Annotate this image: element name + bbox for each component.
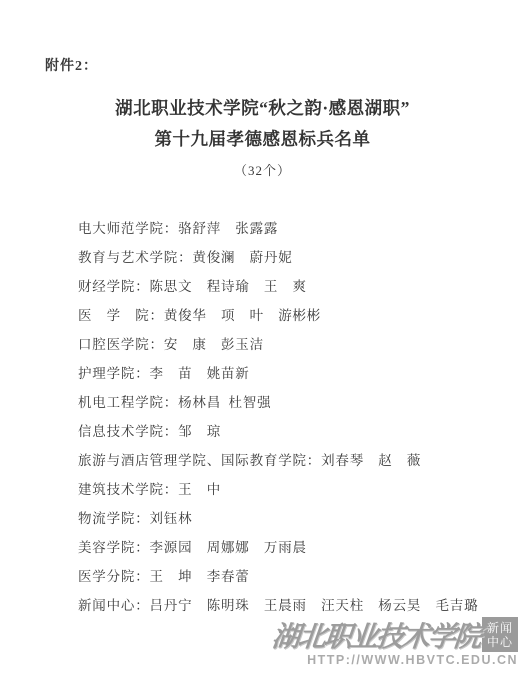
awardee-names: 李源园 周娜娜 万雨晨 — [150, 540, 307, 555]
list-item: 教育与艺术学院：黄俊澜 蔚丹妮 — [78, 243, 478, 272]
awardee-names: 邹 琼 — [178, 424, 221, 439]
badge-line2: 中心 — [482, 635, 518, 649]
document-title-line2: 第十九届孝德感恩标兵名单 — [0, 126, 525, 151]
awardee-names: 安 康 彭玉洁 — [164, 337, 264, 352]
list-item: 建筑技术学院：王 中 — [78, 475, 478, 504]
list-item: 机电工程学院：杨林昌 杜智强 — [78, 388, 478, 417]
department-label: 医 学 院： — [78, 308, 164, 323]
awardee-names: 杨林昌 杜智强 — [178, 395, 271, 410]
list-item: 旅游与酒店管理学院、国际教育学院：刘春琴 赵 薇 — [78, 446, 478, 475]
list-item: 新闻中心：吕丹宁 陈明珠 王晨雨 汪天柱 杨云昊 毛吉璐 — [78, 591, 478, 620]
department-label: 旅游与酒店管理学院、国际教育学院： — [78, 453, 321, 468]
list-item: 财经学院：陈思文 程诗瑜 王 爽 — [78, 272, 478, 301]
awardee-names: 黄俊华 项 叶 游彬彬 — [164, 308, 321, 323]
awardee-names: 陈思文 程诗瑜 王 爽 — [150, 279, 307, 294]
department-label: 医学分院： — [78, 569, 150, 584]
count-note: （32个） — [0, 160, 525, 179]
awardee-names: 刘春琴 赵 薇 — [321, 453, 421, 468]
awardee-names: 王 坤 李春蕾 — [150, 569, 250, 584]
department-label: 信息技术学院： — [78, 424, 178, 439]
list-item: 物流学院：刘钰林 — [78, 504, 478, 533]
award-list: 电大师范学院：骆舒萍 张露露 教育与艺术学院：黄俊澜 蔚丹妮 财经学院：陈思文 … — [78, 214, 478, 620]
awardee-names: 黄俊澜 蔚丹妮 — [192, 250, 292, 265]
department-label: 护理学院： — [78, 366, 150, 381]
badge-line1: 新闻 — [482, 621, 518, 635]
department-label: 新闻中心： — [78, 598, 150, 613]
watermark-top-row: 湖北职业技术学院 新闻 中心 — [272, 617, 518, 652]
department-label: 口腔医学院： — [78, 337, 164, 352]
watermark-calligraphy: 湖北职业技术学院 — [271, 624, 482, 652]
list-item: 医学分院：王 坤 李春蕾 — [78, 562, 478, 591]
document-page: 附件2： 湖北职业技术学院“秋之韵·感恩湖职” 第十九届孝德感恩标兵名单 （32… — [0, 0, 525, 676]
document-title-line1: 湖北职业技术学院“秋之韵·感恩湖职” — [0, 95, 525, 120]
awardee-names: 王 中 — [178, 482, 221, 497]
department-label: 机电工程学院： — [78, 395, 178, 410]
awardee-names: 吕丹宁 陈明珠 王晨雨 汪天柱 杨云昊 毛吉璐 — [150, 598, 479, 613]
department-label: 电大师范学院： — [78, 221, 178, 236]
list-item: 美容学院：李源园 周娜娜 万雨晨 — [78, 533, 478, 562]
department-label: 财经学院： — [78, 279, 150, 294]
department-label: 教育与艺术学院： — [78, 250, 192, 265]
department-label: 物流学院： — [78, 511, 150, 526]
list-item: 电大师范学院：骆舒萍 张露露 — [78, 214, 478, 243]
news-center-badge: 新闻 中心 — [482, 617, 518, 652]
list-item: 医 学 院：黄俊华 项 叶 游彬彬 — [78, 301, 478, 330]
awardee-names: 李 苗 姚苗新 — [150, 366, 250, 381]
site-watermark: 湖北职业技术学院 新闻 中心 HTTP://WWW.HBVTC.EDU.CN — [272, 617, 518, 667]
watermark-url: HTTP://WWW.HBVTC.EDU.CN — [272, 653, 518, 667]
attachment-label: 附件2： — [45, 55, 98, 75]
list-item: 护理学院：李 苗 姚苗新 — [78, 359, 478, 388]
list-item: 信息技术学院：邹 琼 — [78, 417, 478, 446]
awardee-names: 刘钰林 — [150, 511, 193, 526]
department-label: 建筑技术学院： — [78, 482, 178, 497]
list-item: 口腔医学院：安 康 彭玉洁 — [78, 330, 478, 359]
department-label: 美容学院： — [78, 540, 150, 555]
awardee-names: 骆舒萍 张露露 — [178, 221, 278, 236]
